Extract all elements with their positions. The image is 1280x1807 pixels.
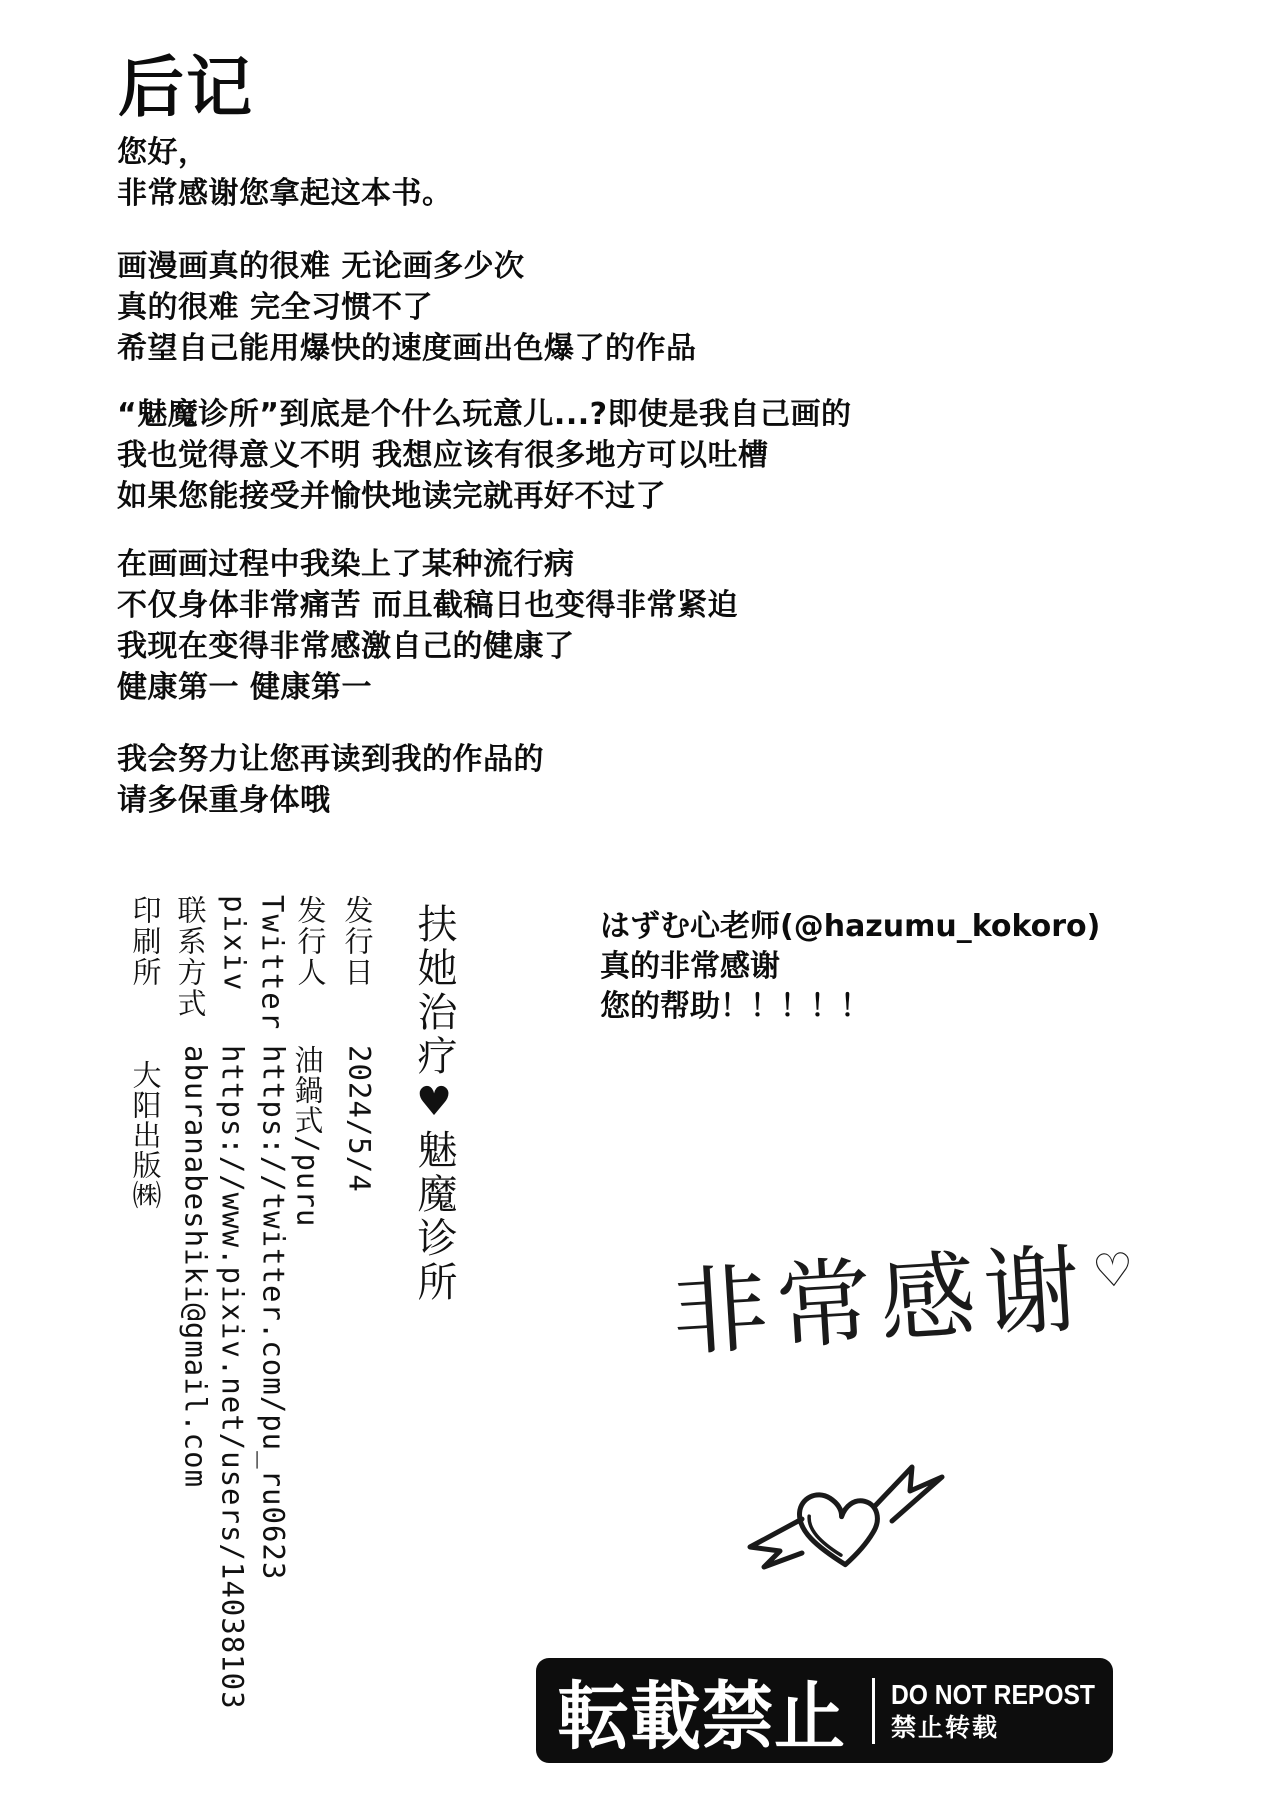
body-line: “魅魔诊所”到底是个什么玩意儿...?即使是我自己画的 — [117, 394, 852, 435]
afterword-paragraph: “魅魔诊所”到底是个什么玩意儿...?即使是我自己画的 我也觉得意义不明 我想应… — [117, 394, 852, 517]
colophon-label-contact: 联系方式 — [175, 895, 205, 1019]
winged-heart-doodle — [706, 1415, 976, 1585]
body-line: 我会努力让您再读到我的作品的 — [117, 739, 544, 780]
colophon-value-release-date: 2024/5/4 — [344, 1045, 374, 1193]
colophon-value-twitter-url: https://twitter.com/pu_ru0623 — [258, 1045, 288, 1580]
handwritten-thanks-text: 非常感谢 — [669, 1233, 1091, 1370]
colophon-book-title: 扶她治疗♥魅魔诊所 — [413, 903, 455, 1305]
colophon-label-pixiv: pixiv — [219, 895, 249, 992]
afterword-paragraph: 在画画过程中我染上了某种流行病 不仅身体非常痛苦 而且截稿日也变得非常紧迫 我现… — [117, 544, 738, 708]
body-line: 我也觉得意义不明 我想应该有很多地方可以吐槽 — [117, 435, 852, 476]
afterword-paragraph: 画漫画真的很难 无论画多少次 真的很难 完全习惯不了 希望自己能用爆快的速度画出… — [117, 246, 697, 369]
colophon-value-publisher: 油鍋式/puru — [292, 1045, 322, 1227]
body-line: 请多保重身体哦 — [117, 780, 544, 821]
banner-right-block: DO NOT REPOST 禁止转载 — [891, 1679, 1123, 1743]
colophon-value-pixiv-url: https://www.pixiv.net/users/14038103 — [217, 1045, 247, 1710]
body-line: 健康第一 健康第一 — [117, 667, 738, 708]
acknowledgment-line: はずむ心老师(@hazumu_kokoro) — [600, 907, 1100, 947]
repost-banner: 転載禁止 DO NOT REPOST 禁止转载 — [536, 1658, 1113, 1763]
body-line: 非常感谢您拿起这本书。 — [117, 173, 453, 214]
acknowledgment-line: 您的帮助！！！！！ — [600, 987, 1100, 1027]
afterword-paragraph: 我会努力让您再读到我的作品的 请多保重身体哦 — [117, 739, 544, 821]
banner-japanese-text: 転載禁止 — [558, 1658, 846, 1764]
page-title: 后记 — [118, 34, 254, 129]
colophon-label-twitter: Twitter — [257, 895, 287, 1031]
body-line: 如果您能接受并愉快地读完就再好不过了 — [117, 476, 852, 517]
banner-chinese-text: 禁止转载 — [891, 1713, 1123, 1743]
afterword-paragraph: 您好， 非常感谢您拿起这本书。 — [117, 132, 453, 214]
colophon-value-contact-email: aburanabeshiki@gmail.com — [180, 1045, 210, 1488]
body-line: 真的很难 完全习惯不了 — [117, 287, 697, 328]
body-line: 不仅身体非常痛苦 而且截稿日也变得非常紧迫 — [117, 585, 738, 626]
body-line: 在画画过程中我染上了某种流行病 — [117, 544, 738, 585]
handwritten-thanks: 非常感谢♡ — [668, 1210, 1133, 1375]
afterword-page: 后记 您好， 非常感谢您拿起这本书。 画漫画真的很难 无论画多少次 真的很难 完… — [0, 0, 1280, 1807]
artist-acknowledgment: はずむ心老师(@hazumu_kokoro) 真的非常感谢 您的帮助！！！！！ — [600, 907, 1100, 1027]
body-line: 我现在变得非常感激自己的健康了 — [117, 626, 738, 667]
body-line: 您好， — [117, 132, 453, 173]
colophon-value-printer: 大阳出版㈱ — [130, 1060, 160, 1210]
banner-english-text: DO NOT REPOST — [891, 1679, 1095, 1711]
colophon-label-publisher: 发行人 — [295, 895, 325, 988]
colophon-label-release-date: 发行日 — [342, 895, 372, 988]
body-line: 希望自己能用爆快的速度画出色爆了的作品 — [117, 328, 697, 369]
heart-outline-icon: ♡ — [1091, 1242, 1135, 1298]
colophon-label-printer: 印刷所 — [130, 895, 160, 988]
body-line: 画漫画真的很难 无论画多少次 — [117, 246, 697, 287]
acknowledgment-line: 真的非常感谢 — [600, 947, 1100, 987]
banner-divider — [872, 1678, 875, 1744]
